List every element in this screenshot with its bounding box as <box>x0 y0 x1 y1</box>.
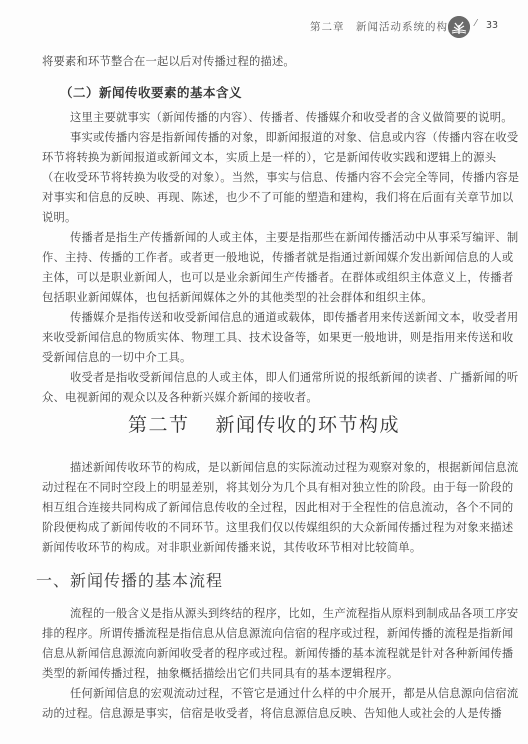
running-header: 第二章 新闻活动系统的构成 ⁄ 33 <box>0 16 528 38</box>
text-line: 动过程在不同时空段上的明显差别，将其划分为几个具有相对独立性的阶段。由于每一阶段… <box>42 481 478 495</box>
text-line: （在收受环节将转换为收受的对象）。当然，事实与信息、传播内容不会完全等同，传播内… <box>42 171 478 185</box>
text-line: 描述新闻传收环节的构成，是以新闻信息的实际流动过程为观察对象的，根据新闻信息流 <box>70 461 478 475</box>
text-line: 收受者是指收受新闻信息的人或主体，即人们通常所说的报纸新闻的读者、广播新闻的听 <box>70 371 478 385</box>
text-line: 作、主持、传播的工作者。或者更一般地说，传播者就是指通过新闻媒介发出新闻信息的人… <box>42 251 478 265</box>
text-line: 主体，可以是职业新闻人，也可以是业余新闻生产传播者。在群体或组织主体意义上，传播… <box>42 271 478 285</box>
text-line: 阶段便构成了新闻传收的不同环节。这里我们仅以传媒组织的大众新闻传播过程为对象来描… <box>42 521 478 535</box>
text-line: 信息从新闻信息源流向新闻收受者的程序或过程。新闻传播的基本流程就是针对各种新闻传… <box>42 647 478 661</box>
heading-level-1: 一、新闻传播的基本流程 <box>36 568 223 591</box>
text-line: 动的过程。信息源是事实，信宿是收受者，将信息源信息反映、告知他人或社会的人是传播 <box>42 707 478 721</box>
text-line: 环节将转换为新闻报道或新闻文本，实质上是一样的），它是新闻传收实践和逻辑上的源头 <box>42 151 478 165</box>
text-line: 类型的新闻传播过程，抽象概括描绘出它们共同具有的基本逻辑程序。 <box>42 667 478 681</box>
text-line: 传播者是指生产传播新闻的人或主体，主要是指那些在新闻传播活动中从事采写编评、制 <box>70 231 478 245</box>
section-name: 新闻传收的环节构成 <box>216 414 401 436</box>
subheading: （二）新闻传收要素的基本含义 <box>60 83 242 101</box>
text-line: 对事实和信息的反映、再现、陈述，也少不了可能的塑造和建构，我们将在后面有关章节加… <box>42 191 478 205</box>
book-page: 第二章 新闻活动系统的构成 ⁄ 33 将要素和环节整合在一起以后对传播过程的描述… <box>0 0 528 744</box>
page-number: 33 <box>486 20 498 31</box>
text-line: 这里主要就事实（新闻传播的内容）、传播者、传播媒介和收受者的含义做简要的说明。 <box>70 111 478 125</box>
section-title: 第二节新闻传收的环节构成 <box>0 410 528 437</box>
text-line: 排的程序。所谓传播流程是指信息从信息源流向信宿的程序或过程，新闻传播的流程是指新… <box>42 627 478 641</box>
tree-emblem-icon <box>448 16 470 38</box>
chapter-title: 第二章 新闻活动系统的构成 <box>310 19 460 34</box>
section-number: 第二节 <box>128 414 190 436</box>
text-line: 相互组合连接共同构成了新闻信息传收的全过程，因此相对于全程性的信息流动，各个不同… <box>42 501 478 515</box>
text-line: 流程的一般含义是指从源头到终结的程序，比如，生产流程指从原料到制成品各项工序安 <box>70 607 478 621</box>
text-line: 受新闻信息的一切中介工具。 <box>42 351 478 365</box>
intro-line: 将要素和环节整合在一起以后对传播过程的描述。 <box>42 55 478 69</box>
separator-mark: ⁄ <box>475 19 477 29</box>
text-line: 众、电视新闻的观众以及各种新兴媒介新闻的接收者。 <box>42 391 478 405</box>
text-line: 说明。 <box>42 211 478 225</box>
text-line: 传播媒介是指传送和收受新闻信息的通道或载体，即传播者用来传送新闻文本，收受者用 <box>70 311 478 325</box>
text-line: 任何新闻信息的宏观流动过程，不管它是通过什么样的中介展开，都是从信息源向信宿流 <box>70 687 478 701</box>
text-line: 包括职业新闻媒体，也包括新闻媒体之外的其他类型的社会群体和组织主体。 <box>42 291 478 305</box>
text-line: 新闻传收环节的构成。对非职业新闻传播来说，其传收环节相对比较简单。 <box>42 541 478 555</box>
text-line: 事实或传播内容是指新闻传播的对象，即新闻报道的对象、信息或内容（传播内容在收受 <box>70 131 478 145</box>
text-line: 来收受新闻信息的物质实体、物理工具、技术设备等，如果更一般地讲，则是指用来传送和… <box>42 331 478 345</box>
